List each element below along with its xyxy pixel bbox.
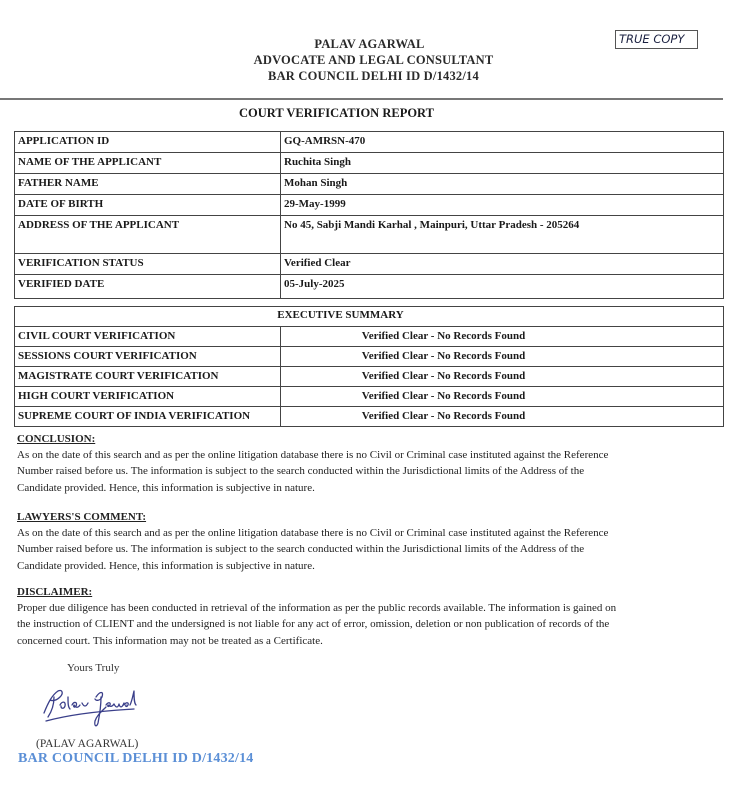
disclaimer-line: Proper due diligence has been conducted …	[17, 600, 722, 616]
disclaimer-line: concerned court. This information may no…	[17, 633, 722, 649]
row-value: GQ-AMRSN-470	[281, 132, 724, 153]
lawyers-comment-section: LAWYERS'S COMMENT: As on the date of thi…	[17, 510, 722, 574]
report-title: COURT VERIFICATION REPORT	[0, 106, 673, 121]
row-label: MAGISTRATE COURT VERIFICATION	[15, 367, 281, 387]
signatory-bar-council-id: BAR COUNCIL DELHI ID D/1432/14	[18, 751, 253, 767]
row-label: HIGH COURT VERIFICATION	[15, 387, 281, 407]
advocate-designation: ADVOCATE AND LEGAL CONSULTANT	[0, 52, 747, 68]
disclaimer-heading: DISCLAIMER:	[17, 585, 722, 600]
header-divider	[0, 98, 723, 100]
row-label: ADDRESS OF THE APPLICANT	[15, 216, 281, 254]
table-row: VERIFICATION STATUSVerified Clear	[15, 254, 724, 275]
row-label: NAME OF THE APPLICANT	[15, 153, 281, 174]
true-copy-stamp: TRUE COPY	[615, 30, 698, 49]
row-label: APPLICATION ID	[15, 132, 281, 153]
table-header-row: EXECUTIVE SUMMARY	[15, 307, 724, 327]
row-value: 29-May-1999	[281, 195, 724, 216]
lawyers-comment-heading: LAWYERS'S COMMENT:	[17, 510, 722, 525]
lawyers-comment-line: Number raised before us. The information…	[17, 541, 722, 557]
row-label: FATHER NAME	[15, 174, 281, 195]
table-row: APPLICATION IDGQ-AMRSN-470	[15, 132, 724, 153]
conclusion-line: Candidate provided. Hence, this informat…	[17, 480, 722, 496]
row-label: VERIFIED DATE	[15, 275, 281, 299]
signature-icon	[38, 683, 148, 733]
row-label: DATE OF BIRTH	[15, 195, 281, 216]
signatory-name: (PALAV AGARWAL)	[36, 738, 138, 750]
row-value: Verified Clear - No Records Found	[281, 347, 724, 367]
table-row: VERIFIED DATE05-July-2025	[15, 275, 724, 299]
table-row: HIGH COURT VERIFICATIONVerified Clear - …	[15, 387, 724, 407]
applicant-details-table: APPLICATION IDGQ-AMRSN-470 NAME OF THE A…	[14, 131, 724, 299]
row-value: No 45, Sabji Mandi Karhal , Mainpuri, Ut…	[281, 216, 724, 254]
executive-summary-table: EXECUTIVE SUMMARY CIVIL COURT VERIFICATI…	[14, 306, 724, 427]
row-value: 05-July-2025	[281, 275, 724, 299]
bar-council-id: BAR COUNCIL DELHI ID D/1432/14	[0, 68, 747, 84]
row-label: SUPREME COURT OF INDIA VERIFICATION	[15, 407, 281, 427]
lawyers-comment-line: Candidate provided. Hence, this informat…	[17, 558, 722, 574]
row-value: Verified Clear	[281, 254, 724, 275]
conclusion-section: CONCLUSION: As on the date of this searc…	[17, 432, 722, 496]
row-value: Verified Clear - No Records Found	[281, 367, 724, 387]
disclaimer-section: DISCLAIMER: Proper due diligence has bee…	[17, 585, 722, 649]
row-label: VERIFICATION STATUS	[15, 254, 281, 275]
executive-summary-heading: EXECUTIVE SUMMARY	[15, 307, 724, 327]
row-value: Mohan Singh	[281, 174, 724, 195]
closing-text: Yours Truly	[67, 662, 119, 674]
disclaimer-line: the instruction of CLIENT and the unders…	[17, 616, 722, 632]
row-label: CIVIL COURT VERIFICATION	[15, 327, 281, 347]
conclusion-line: Number raised before us. The information…	[17, 463, 722, 479]
conclusion-line: As on the date of this search and as per…	[17, 447, 722, 463]
table-row: SUPREME COURT OF INDIA VERIFICATIONVerif…	[15, 407, 724, 427]
table-row: ADDRESS OF THE APPLICANTNo 45, Sabji Man…	[15, 216, 724, 254]
row-value: Verified Clear - No Records Found	[281, 407, 724, 427]
report-title-text: COURT VERIFICATION REPORT	[239, 106, 434, 121]
table-row: MAGISTRATE COURT VERIFICATIONVerified Cl…	[15, 367, 724, 387]
row-value: Ruchita Singh	[281, 153, 724, 174]
table-row: NAME OF THE APPLICANTRuchita Singh	[15, 153, 724, 174]
conclusion-heading: CONCLUSION:	[17, 432, 722, 447]
table-row: SESSIONS COURT VERIFICATIONVerified Clea…	[15, 347, 724, 367]
table-row: CIVIL COURT VERIFICATIONVerified Clear -…	[15, 327, 724, 347]
row-label: SESSIONS COURT VERIFICATION	[15, 347, 281, 367]
row-value: Verified Clear - No Records Found	[281, 387, 724, 407]
row-value: Verified Clear - No Records Found	[281, 327, 724, 347]
table-row: FATHER NAMEMohan Singh	[15, 174, 724, 195]
table-row: DATE OF BIRTH29-May-1999	[15, 195, 724, 216]
lawyers-comment-line: As on the date of this search and as per…	[17, 525, 722, 541]
